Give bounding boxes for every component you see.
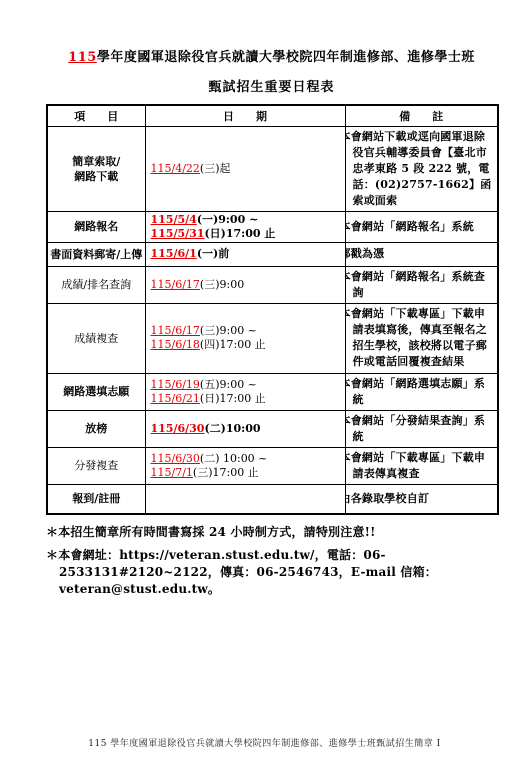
- row-date: 115/6/30(二)10:00: [145, 410, 345, 447]
- footnote-24h: ＊本招生簡章所有時間書寫採 24 小時制方式，請特別注意!!: [46, 524, 497, 541]
- row-item-label: 分發複查: [47, 447, 145, 484]
- row-date: 115/4/22(三)起: [145, 126, 345, 211]
- date-link: 115/5/31: [151, 227, 205, 240]
- row-date: [145, 484, 345, 514]
- table-row: 放榜 115/6/30(二)10:00 本會網站「分發結果查詢」系統: [47, 410, 498, 447]
- row-item-label: 網路選填志願: [47, 373, 145, 410]
- row-remark: 本會網站「分發結果查詢」系統: [345, 410, 498, 447]
- date-link: 115/5/4: [151, 213, 197, 226]
- date-link: 115/6/19: [151, 378, 200, 391]
- document-subtitle: 甄試招生重要日程表: [46, 76, 497, 95]
- document-title: 115學年度國軍退除役官兵就讀大學校院四年制進修部、進修學士班: [46, 46, 497, 65]
- table-row: 成績複查 115/6/17(三)9:00 ~ 115/6/18(四)17:00 …: [47, 303, 498, 373]
- row-item-label: 報到/註冊: [47, 484, 145, 514]
- row-item-label: 放榜: [47, 410, 145, 447]
- date-link: 115/4/22: [151, 162, 200, 175]
- row-remark: 本會網站「網路報名」系統: [345, 211, 498, 242]
- date-link: 115/6/30: [151, 452, 200, 465]
- row-remark: 本會網站「網路報名」系統查詢: [345, 266, 498, 303]
- table-row: 網路選填志願 115/6/19(五)9:00 ~ 115/6/21(日)17:0…: [47, 373, 498, 410]
- table-row: 報到/註冊 由各錄取學校自訂: [47, 484, 498, 514]
- row-item-label: 簡章索取/ 網路下載: [47, 126, 145, 211]
- table-row: 簡章索取/ 網路下載 115/4/22(三)起 本會網站下載或逕向國軍退除役官兵…: [47, 126, 498, 211]
- document-content: 115學年度國軍退除役官兵就讀大學校院四年制進修部、進修學士班 甄試招生重要日程…: [46, 46, 497, 598]
- table-row: 成績/排名查詢 115/6/17(三)9:00 本會網站「網路報名」系統查詢: [47, 266, 498, 303]
- row-item-label: 書面資料郵寄/上傳: [47, 242, 145, 266]
- schedule-table: 項 目 日 期 備 註 簡章索取/ 網路下載 115/4/22(三)起 本會網站…: [46, 104, 499, 515]
- date-link: 115/6/17: [151, 324, 200, 337]
- row-remark: 本會網站「下載專區」下載申請表填寫後，傳真至報名之招生學校，該校將以電子郵件或電…: [345, 303, 498, 373]
- row-remark: 由各錄取學校自訂: [345, 484, 498, 514]
- table-header-row: 項 目 日 期 備 註: [47, 105, 498, 126]
- date-link: 115/7/1: [151, 466, 193, 479]
- title-text: 學年度國軍退除役官兵就讀大學校院四年制進修部、進修學士班: [97, 50, 475, 65]
- column-header-item: 項 目: [47, 105, 145, 126]
- row-item-label: 成績/排名查詢: [47, 266, 145, 303]
- column-header-remark: 備 註: [345, 105, 498, 126]
- date-link: 115/6/30: [151, 422, 205, 435]
- row-date: 115/6/19(五)9:00 ~ 115/6/21(日)17:00 止: [145, 373, 345, 410]
- row-item-label: 網路報名: [47, 211, 145, 242]
- date-link: 115/6/1: [151, 247, 197, 260]
- date-link: 115/6/21: [151, 392, 200, 405]
- page-footer: 115 學年度國軍退除役官兵就讀大學校院四年制進修部、進修學士班甄試招生簡章 I: [0, 736, 529, 749]
- row-remark: 本會網站「網路選填志願」系統: [345, 373, 498, 410]
- document-page: 115學年度國軍退除役官兵就讀大學校院四年制進修部、進修學士班 甄試招生重要日程…: [0, 0, 529, 769]
- column-header-date: 日 期: [145, 105, 345, 126]
- table-row: 網路報名 115/5/4(一)9:00 ~ 115/5/31(日)17:00 止…: [47, 211, 498, 242]
- row-date: 115/6/17(三)9:00 ~ 115/6/18(四)17:00 止: [145, 303, 345, 373]
- row-item-label: 成績複查: [47, 303, 145, 373]
- row-date: 115/6/1(一)前: [145, 242, 345, 266]
- footnote-contact: ＊本會網址：https://veteran.stust.edu.tw/，電話：0…: [46, 547, 497, 598]
- table-row: 書面資料郵寄/上傳 115/6/1(一)前 郵戳為憑: [47, 242, 498, 266]
- date-link: 115/6/18: [151, 338, 200, 351]
- date-link: 115/6/17: [151, 278, 200, 291]
- title-year: 115: [68, 50, 97, 65]
- table-row: 分發複查 115/6/30(二) 10:00 ~ 115/7/1(三)17:00…: [47, 447, 498, 484]
- row-date: 115/5/4(一)9:00 ~ 115/5/31(日)17:00 止: [145, 211, 345, 242]
- row-remark: 本會網站「下載專區」下載申請表傳真複查: [345, 447, 498, 484]
- row-date: 115/6/17(三)9:00: [145, 266, 345, 303]
- row-remark: 本會網站下載或逕向國軍退除役官兵輔導委員會【臺北市忠孝東路 5 段 222 號，…: [345, 126, 498, 211]
- row-remark: 郵戳為憑: [345, 242, 498, 266]
- row-date: 115/6/30(二) 10:00 ~ 115/7/1(三)17:00 止: [145, 447, 345, 484]
- footnotes: ＊本招生簡章所有時間書寫採 24 小時制方式，請特別注意!! ＊本會網址：htt…: [46, 524, 497, 598]
